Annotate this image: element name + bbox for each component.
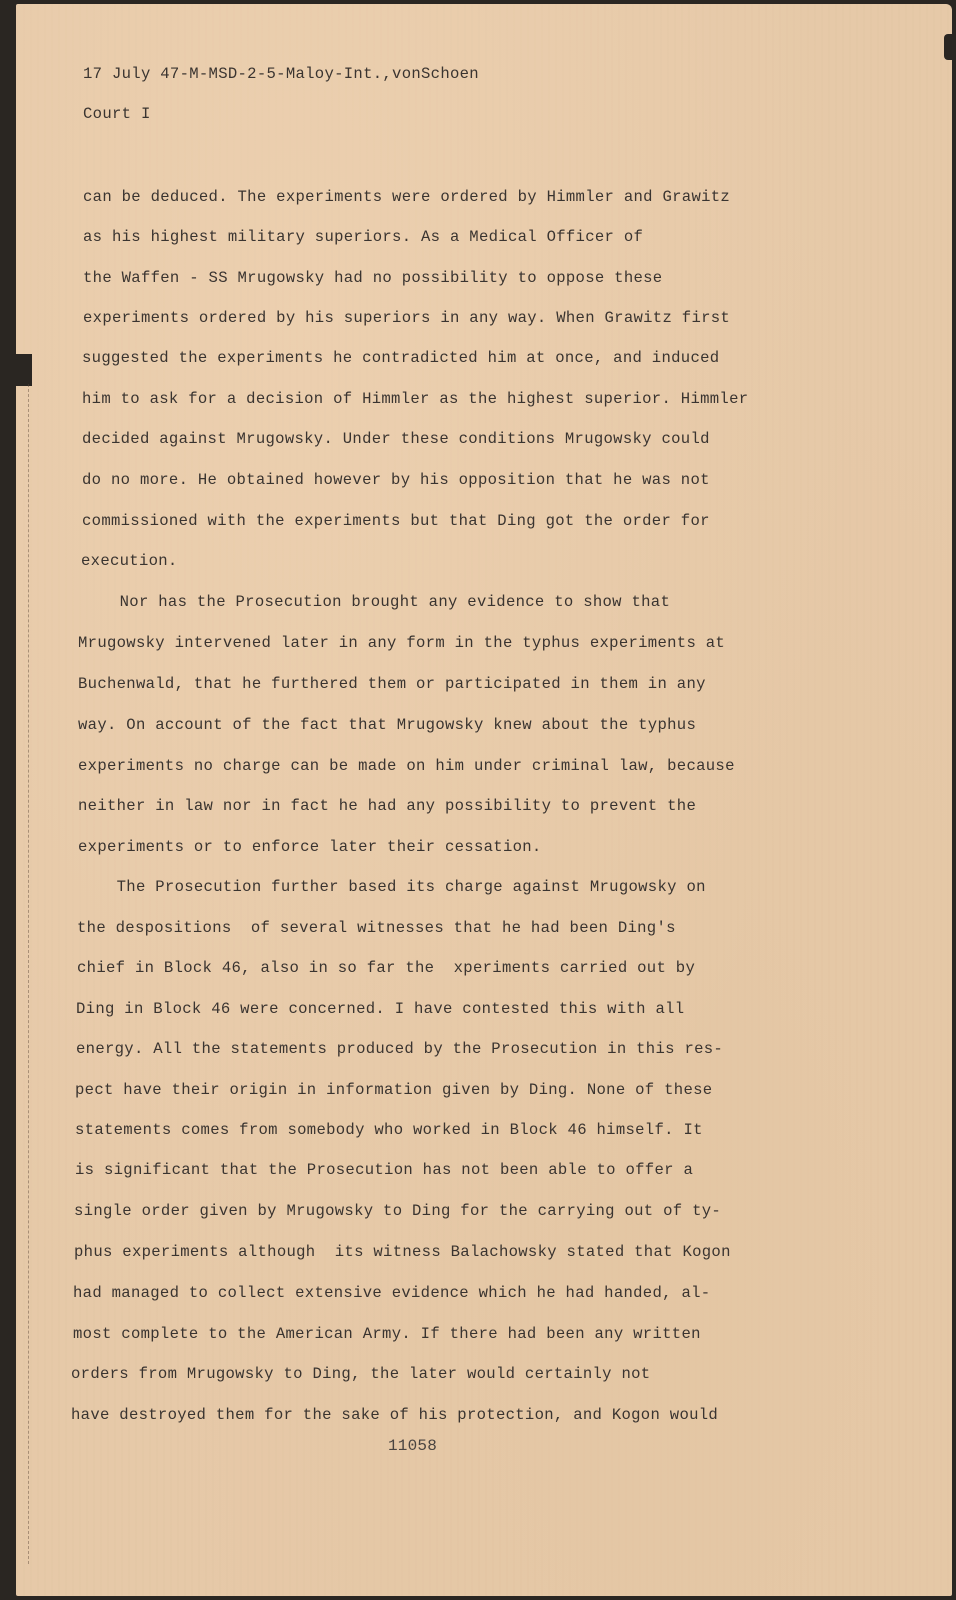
body-line: energy. All the statements produced by t… [76,1042,723,1058]
body-line: neither in law nor in fact he had any po… [78,799,696,815]
body-line: experiments no charge can be made on him… [78,759,735,775]
body-line: commissioned with the experiments but th… [82,514,710,530]
body-line: execution. [81,554,178,570]
body-line: decided against Mrugowsky. Under these c… [82,432,710,448]
body-line: is significant that the Prosecution has … [75,1163,693,1179]
page-tear-left [16,354,32,386]
body-line: have destroyed them for the sake of his … [71,1408,718,1424]
body-line: him to ask for a decision of Himmler as … [82,392,748,408]
body-line: orders from Mrugowsky to Ding, the later… [71,1367,650,1383]
body-line: Mrugowsky intervened later in any form i… [78,636,725,652]
document-page: 17 July 47-M-MSD-2-5-Maloy-Int.,vonSchoe… [16,4,952,1596]
header-reference: 17 July 47-M-MSD-2-5-Maloy-Int.,vonSchoe… [83,67,479,83]
body-line: the despositions of several witnesses th… [77,921,676,937]
body-line: the Waffen - SS Mrugowsky had no possibi… [83,271,662,287]
body-line: can be deduced. The experiments were ord… [83,190,730,206]
body-line: way. On account of the fact that Mrugows… [78,718,696,734]
body-line: pect have their origin in information gi… [75,1083,712,1099]
body-line: Buchenwald, that he furthered them or pa… [78,677,706,693]
body-line: single order given by Mrugowsky to Ding … [74,1204,721,1220]
body-line: Ding in Block 46 were concerned. I have … [76,1002,684,1018]
body-line: had managed to collect extensive evidenc… [73,1286,710,1302]
body-line: phus experiments although its witness Ba… [74,1245,731,1261]
body-line: most complete to the American Army. If t… [73,1327,701,1343]
header-court: Court I [83,107,151,123]
body-line: experiments ordered by his superiors in … [83,311,730,327]
paragraph-start: Nor has the Prosecution brought any evid… [81,595,670,611]
body-line: experiments or to enforce later their ce… [78,840,542,856]
page-tear-right [944,34,952,60]
body-line: as his highest military superiors. As a … [83,230,643,246]
body-line: do no more. He obtained however by his o… [82,473,710,489]
page-edge-crease [28,384,31,1564]
paragraph-start: The Prosecution further based its charge… [78,880,706,896]
page-number: 11058 [388,1437,437,1455]
body-line: suggested the experiments he contradicte… [82,351,719,367]
body-line: statements comes from somebody who worke… [75,1123,703,1139]
body-line: chief in Block 46, also in so far the xp… [77,961,695,977]
